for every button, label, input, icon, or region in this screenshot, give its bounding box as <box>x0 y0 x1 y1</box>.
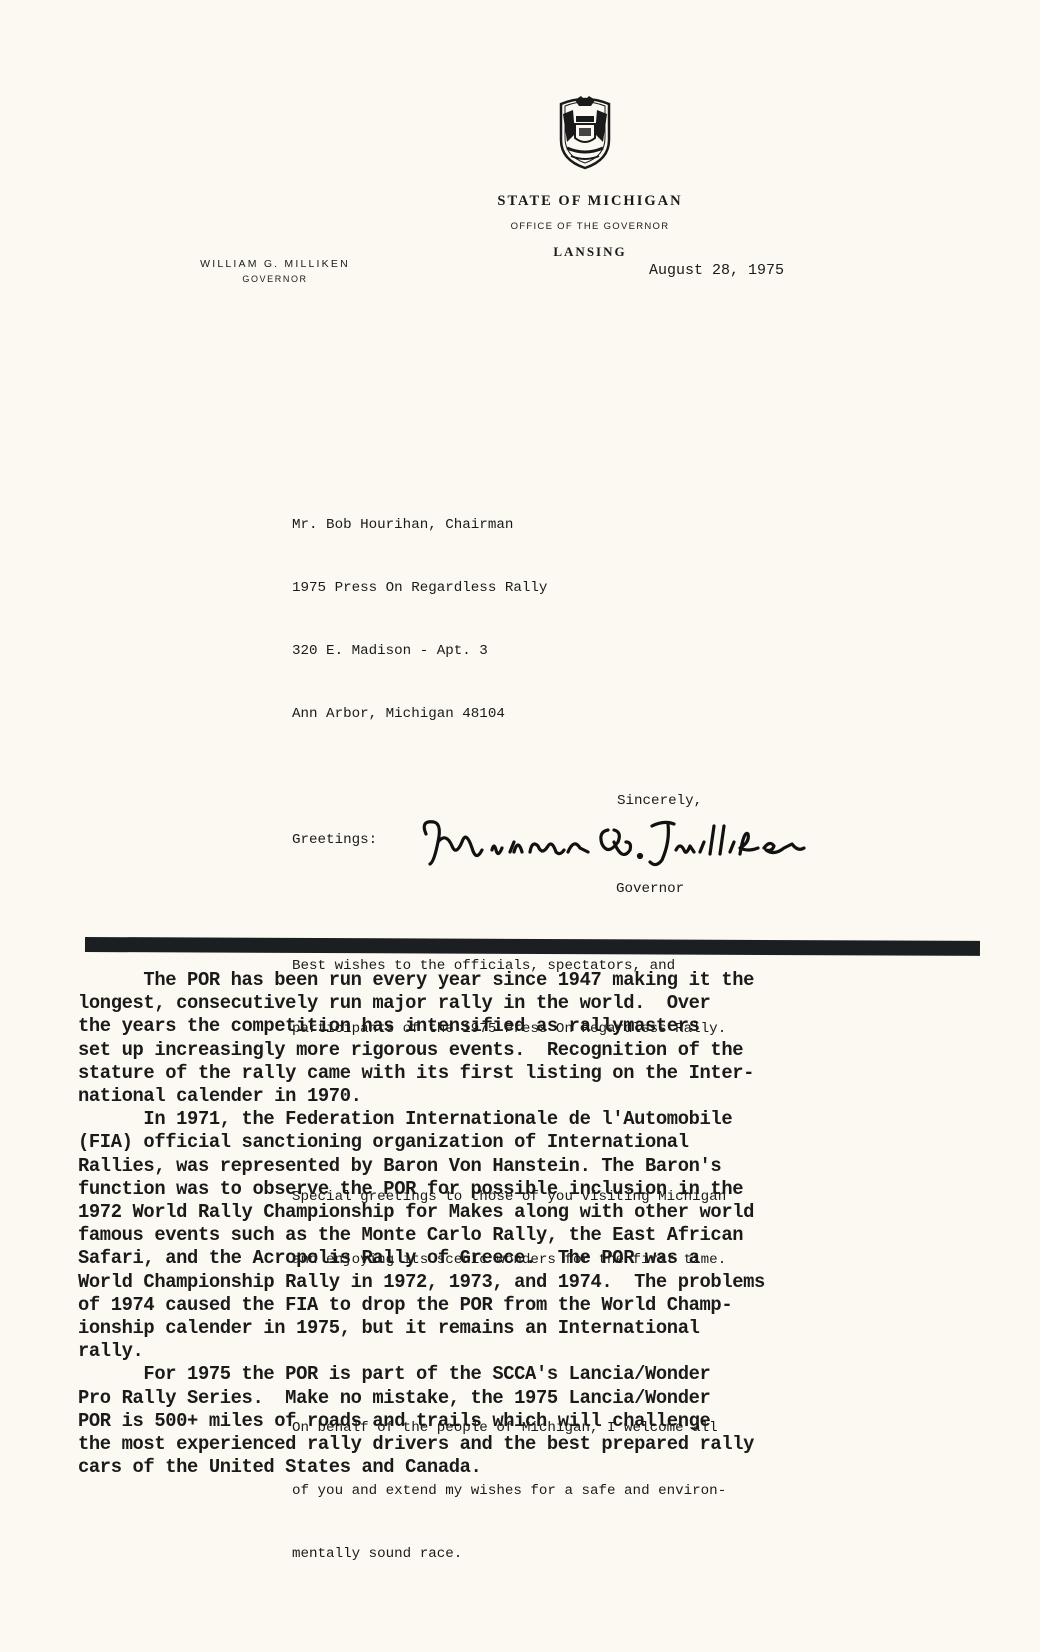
article-line: 1972 World Rally Championship for Makes … <box>78 1201 942 1224</box>
recipient-line: 320 E. Madison - Apt. 3 <box>292 641 852 662</box>
article-line: longest, consecutively run major rally i… <box>78 992 942 1015</box>
article-line: World Championship Rally in 1972, 1973, … <box>78 1271 942 1294</box>
article-line: Rallies, was represented by Baron Von Ha… <box>78 1155 942 1178</box>
article-line: of 1974 caused the FIA to drop the POR f… <box>78 1294 942 1317</box>
letterhead-governor-title: GOVERNOR <box>150 274 400 284</box>
article-line: function was to observe the POR for poss… <box>78 1178 942 1201</box>
article-line: The POR has been run every year since 19… <box>78 969 942 992</box>
article-line: POR is 500+ miles of roads and trails wh… <box>78 1410 942 1433</box>
article-text: The POR has been run every year since 19… <box>78 969 942 1479</box>
article-line: famous events such as the Monte Carlo Ra… <box>78 1224 942 1247</box>
article-line: (FIA) official sanctioning organization … <box>78 1131 942 1154</box>
recipient-line: 1975 Press On Regardless Rally <box>292 578 852 599</box>
article-line: rally. <box>78 1340 942 1363</box>
paragraph-line: of you and extend my wishes for a safe a… <box>292 1481 852 1502</box>
article-line: For 1975 the POR is part of the SCCA's L… <box>78 1363 942 1386</box>
recipient-address: Mr. Bob Hourihan, Chairman 1975 Press On… <box>292 473 852 767</box>
signer-title: Governor <box>616 881 684 897</box>
article-line: set up increasingly more rigorous events… <box>78 1039 942 1062</box>
recipient-line: Ann Arbor, Michigan 48104 <box>292 704 852 725</box>
article-line: the years the competition has intensifie… <box>78 1015 942 1038</box>
recipient-line: Mr. Bob Hourihan, Chairman <box>292 515 852 536</box>
article-line: cars of the United States and Canada. <box>78 1456 942 1479</box>
michigan-state-seal-icon <box>551 90 619 170</box>
section-divider <box>85 937 980 956</box>
letterhead-governor-name: WILLIAM G. MILLIKEN <box>150 258 400 270</box>
article-line: the most experienced rally drivers and t… <box>78 1433 942 1456</box>
letter-closing: Sincerely, <box>617 793 702 809</box>
letterhead-office: OFFICE OF THE GOVERNOR <box>440 221 740 232</box>
article-line: stature of the rally came with its first… <box>78 1062 942 1085</box>
paragraph-line: mentally sound race. <box>292 1544 852 1565</box>
article-line: Safari, and the Acropolis Rally of Greec… <box>78 1247 942 1270</box>
letterhead-city: LANSING <box>440 244 740 260</box>
article-line: ionship calender in 1975, but it remains… <box>78 1317 942 1340</box>
article-line: Pro Rally Series. Make no mistake, the 1… <box>78 1387 942 1410</box>
article-line: In 1971, the Federation Internationale d… <box>78 1108 942 1131</box>
article-line: national calender in 1970. <box>78 1085 942 1108</box>
letter-date: August 28, 1975 <box>649 262 784 279</box>
signature-image <box>418 812 878 872</box>
letterhead-state: STATE OF MICHIGAN <box>440 193 740 210</box>
